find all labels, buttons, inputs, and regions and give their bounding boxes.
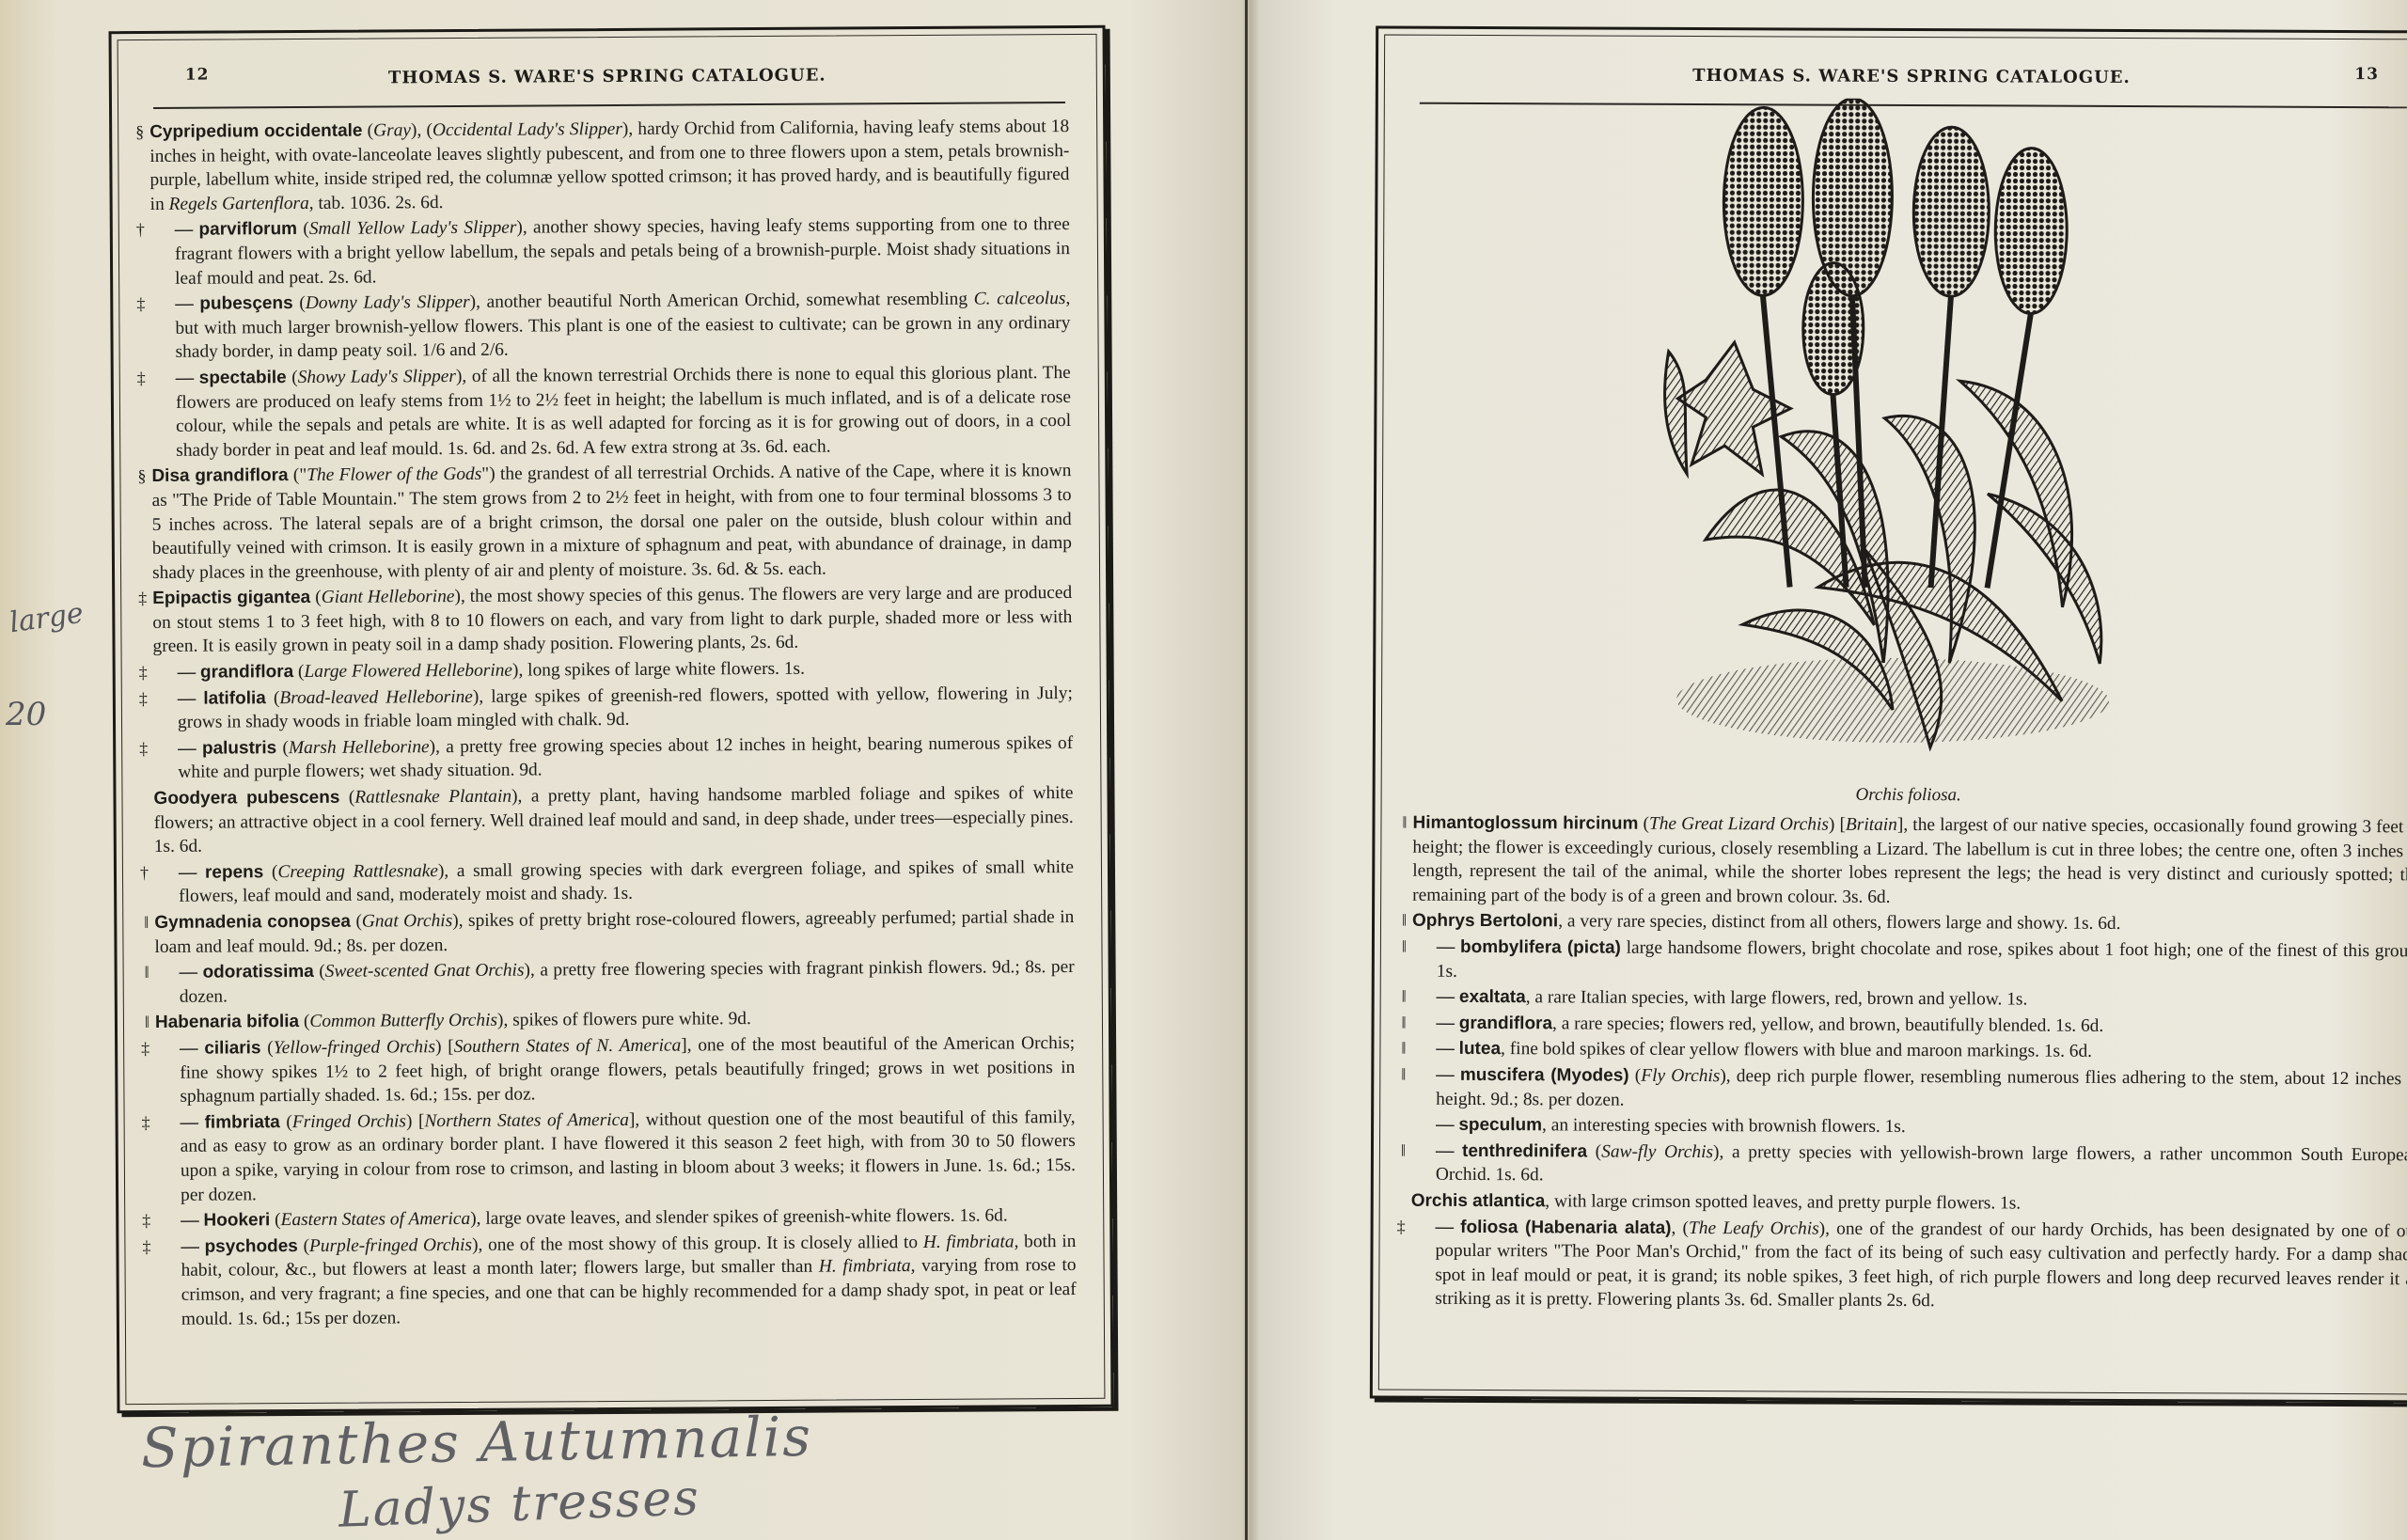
species-name: grandiflora xyxy=(200,662,293,683)
entry-text: ( xyxy=(362,121,373,141)
availability-mark: ‖ xyxy=(1385,1139,1406,1163)
availability-mark: ‡ xyxy=(130,1111,150,1136)
italic-text: Large Flowered Helleborine xyxy=(304,661,512,682)
catalogue-entry: †— repens (Creeping Rattlesnake), a smal… xyxy=(154,856,1074,909)
italic-text: Gray xyxy=(373,120,411,140)
italic-text: Eastern States of America xyxy=(280,1209,470,1230)
italic-text: Rattlesnake Plantain xyxy=(354,787,511,808)
entry-text: ( xyxy=(293,662,304,682)
entry-text: ( xyxy=(298,1236,309,1256)
entry-text: ), another beautiful North American Orch… xyxy=(470,290,974,312)
species-name: odoratissima xyxy=(202,962,313,982)
page-number: 13 xyxy=(2354,65,2379,84)
ditto-dash: — xyxy=(1437,937,1460,957)
entry-text: ) [ xyxy=(1829,815,1846,835)
availability-mark: ‖ xyxy=(129,961,149,985)
book-gutter xyxy=(1245,0,1248,1540)
species-name: psychodes xyxy=(204,1236,297,1257)
italic-text: Purple-fringed Orchis xyxy=(309,1235,472,1256)
italic-text: Southern States of N. America xyxy=(454,1036,682,1057)
left-page: large 20 12 THOMAS S. WARE'S SPRING CATA… xyxy=(0,0,1245,1540)
ditto-dash: — xyxy=(176,369,199,388)
catalogue-entry: ‖Himantoglossum hircinum (The Great Liza… xyxy=(1412,811,2407,912)
entry-text: ), large ovate leaves, and slender spike… xyxy=(470,1206,1008,1229)
catalogue-entries: ‖Himantoglossum hircinum (The Great Liza… xyxy=(1410,811,2407,1318)
species-name: Cypripedium occidentale xyxy=(149,121,362,142)
species-name: parviflorum xyxy=(198,219,297,240)
catalogue-entry: ‡— fimbriata (Fringed Orchis) [Northern … xyxy=(156,1106,1077,1207)
entry-text: ( xyxy=(276,738,289,758)
italic-text: Creeping Rattlesnake xyxy=(277,861,438,882)
italic-text: Gnat Orchis xyxy=(362,911,452,932)
entry-text: ( xyxy=(260,1038,273,1058)
italic-text: The Leafy Orchis xyxy=(1689,1218,1819,1238)
entry-text: ), ( xyxy=(411,120,433,140)
catalogue-title: THOMAS S. WARE'S SPRING CATALOGUE. xyxy=(388,65,826,87)
species-name: palustris xyxy=(202,738,276,758)
availability-mark: ‖ xyxy=(1386,811,1407,836)
entry-text: ), long spikes of large white flowers. 1… xyxy=(512,659,805,681)
entry-text: ( xyxy=(287,368,298,387)
italic-text: Broad-leaved Helleborine xyxy=(279,687,473,708)
catalogue-entry: §Disa grandiflora ("The Flower of the Go… xyxy=(151,459,1072,585)
catalogue-entry: ‖— tenthredinifera (Saw-fly Orchis), a p… xyxy=(1411,1139,2407,1191)
catalogue-entry: Orchis atlantica, with large crimson spo… xyxy=(1411,1189,2407,1218)
catalogue-entry: ‖— bombylifera (picta) large handsome fl… xyxy=(1412,935,2407,988)
species-name: Ophrys Bertoloni xyxy=(1412,911,1558,932)
italic-text: Common Butterfly Orchis xyxy=(309,1011,497,1031)
italic-text: Regels Gartenflora xyxy=(169,194,309,214)
ditto-dash: — xyxy=(1437,1014,1459,1033)
availability-mark: † xyxy=(124,218,145,243)
availability-mark: § xyxy=(123,120,144,145)
catalogue-entry: ‡— pubesçens (Downy Lady's Slipper), ano… xyxy=(150,287,1070,365)
availability-mark: ‖ xyxy=(1386,1011,1407,1035)
entry-text: ( xyxy=(1629,1066,1642,1086)
catalogue-entry: ‡— latifolia (Broad-leaved Helleborine),… xyxy=(153,682,1073,735)
margin-note-pencil: 20 xyxy=(6,696,46,733)
catalogue-entry: ‡— Hookeri (Eastern States of America), … xyxy=(156,1203,1076,1234)
availability-mark: ‡ xyxy=(127,687,148,712)
availability-mark: ‡ xyxy=(126,587,147,611)
ditto-dash: — xyxy=(180,963,203,982)
italic-text: Downy Lady's Slipper xyxy=(306,292,470,313)
species-name: bombylifera (picta) xyxy=(1460,937,1621,958)
catalogue-entries: §Cypripedium occidentale (Gray), (Occide… xyxy=(149,115,1077,1333)
ditto-dash: — xyxy=(179,862,205,882)
entry-text: , a rare species; flowers red, yellow, a… xyxy=(1552,1014,2103,1036)
entry-text: , ( xyxy=(1671,1218,1689,1237)
catalogue-entry: ‡— foliosa (Habenaria alata), (The Leafy… xyxy=(1410,1215,2407,1315)
species-name: Habenaria bifolia xyxy=(155,1012,299,1032)
page-number: 12 xyxy=(185,66,210,85)
orchid-engraving-illustration xyxy=(1648,98,2121,758)
species-name: latifolia xyxy=(203,688,266,708)
italic-text: H. fimbriata xyxy=(819,1256,911,1277)
species-name: Disa grandiflora xyxy=(151,465,288,486)
ditto-dash: — xyxy=(1436,1217,1461,1236)
entry-text: ( xyxy=(297,219,309,239)
entry-text: ) [ xyxy=(435,1037,454,1057)
entry-text: ( xyxy=(280,1112,292,1132)
italic-text: Northern States of America xyxy=(424,1110,629,1131)
species-name: fimbriata xyxy=(205,1112,280,1132)
entry-text: ( xyxy=(314,962,325,982)
italic-text: Yellow-fringed Orchis xyxy=(274,1037,435,1058)
entry-text: ( xyxy=(310,588,322,607)
catalogue-entry: ‖Ophrys Bertoloni, a very rare species, … xyxy=(1412,909,2407,937)
species-name: foliosa (Habenaria alata) xyxy=(1460,1217,1671,1237)
availability-mark: ‡ xyxy=(127,737,148,762)
entry-text: ( xyxy=(1587,1141,1601,1161)
italic-text: Showy Lady's Slipper xyxy=(298,367,456,387)
species-name: repens xyxy=(205,862,263,882)
catalogue-entry: ‖Gymnadenia conopsea (Gnat Orchis), spik… xyxy=(154,905,1074,959)
availability-mark: ‡ xyxy=(1385,1215,1406,1239)
entry-text: , an interesting species with brownish f… xyxy=(1542,1115,1906,1137)
ditto-dash: — xyxy=(1436,1039,1458,1059)
italic-text: The Great Lizard Orchis xyxy=(1649,814,1829,835)
entry-text: ), one of the most showy of this group. … xyxy=(472,1233,923,1255)
entry-text: , with large crimson spotted leaves, and… xyxy=(1545,1191,2021,1213)
ditto-dash: — xyxy=(1436,1115,1458,1135)
species-name: Hookeri xyxy=(203,1210,270,1230)
catalogue-entry: ‖— exaltata, a rare Italian species, wit… xyxy=(1412,985,2407,1014)
species-name: muscifera (Myodes) xyxy=(1460,1065,1629,1086)
species-name: Goodyera pubescens xyxy=(153,788,339,809)
ditto-dash: — xyxy=(181,1236,204,1256)
ditto-dash: — xyxy=(1436,1141,1462,1161)
catalogue-entry: ‖— lutea, fine bold spikes of clear yell… xyxy=(1411,1037,2407,1065)
left-page-border: 12 THOMAS S. WARE'S SPRING CATALOGUE. §C… xyxy=(109,25,1114,1413)
availability-mark: ‡ xyxy=(127,661,148,685)
catalogue-entry: ‡— ciliaris (Yellow-fringed Orchis) [Sou… xyxy=(155,1031,1075,1109)
catalogue-entry: ‖— grandiflora, a rare species; flowers … xyxy=(1412,1011,2407,1039)
availability-mark: ‖ xyxy=(1385,1037,1406,1061)
entry-text: ( xyxy=(270,1210,280,1230)
italic-text: Marsh Helleborine xyxy=(289,737,430,758)
orchid-plant-icon xyxy=(1648,98,2121,758)
ditto-dash: — xyxy=(175,220,199,240)
entry-text: , fine bold spikes of clear yellow flowe… xyxy=(1501,1039,2092,1061)
italic-text: Sweet-scented Gnat Orchis xyxy=(325,961,525,982)
italic-text: The Flower of the Gods xyxy=(307,464,481,485)
catalogue-entry: ‡Epipactis gigantea (Giant Helleborine),… xyxy=(152,581,1072,659)
italic-text: Occidental Lady's Slipper xyxy=(433,119,622,140)
margin-note-pencil: large xyxy=(8,597,86,640)
species-name: ciliaris xyxy=(204,1038,260,1058)
catalogue-entry: ‡— spectabile (Showy Lady's Slipper), of… xyxy=(151,361,1072,463)
catalogue-entry: — speculum, an interesting species with … xyxy=(1411,1113,2407,1141)
species-name: grandiflora xyxy=(1459,1014,1552,1033)
species-name: exaltata xyxy=(1459,987,1526,1007)
italic-text: Giant Helleborine xyxy=(322,587,455,607)
entry-text: , a very rare species, distinct from all… xyxy=(1558,912,2120,935)
open-catalogue-spread: large 20 12 THOMAS S. WARE'S SPRING CATA… xyxy=(0,0,2407,1540)
catalogue-entry: ‖Habenaria bifolia (Common Butterfly Orc… xyxy=(155,1005,1075,1035)
availability-mark: § xyxy=(125,464,146,489)
availability-mark: ‖ xyxy=(1386,985,1407,1010)
entry-text: ( xyxy=(263,862,277,882)
running-head: 12 THOMAS S. WARE'S SPRING CATALOGUE. xyxy=(140,55,1075,98)
species-name: Himantoglossum hircinum xyxy=(1412,813,1638,834)
availability-mark: ‖ xyxy=(128,911,149,935)
availability-mark: ‖ xyxy=(1386,935,1407,960)
handwritten-note: Spiranthes Autumnalis xyxy=(140,1405,812,1480)
running-head: THOMAS S. WARE'S SPRING CATALOGUE. 13 xyxy=(1407,55,2407,98)
ditto-dash: — xyxy=(1436,1065,1460,1085)
italic-text: Britain xyxy=(1846,815,1897,835)
species-name: lutea xyxy=(1459,1039,1501,1059)
availability-mark: ‡ xyxy=(130,1209,150,1234)
catalogue-entry: §Cypripedium occidentale (Gray), (Occide… xyxy=(149,115,1070,216)
entry-text: ( xyxy=(351,912,362,932)
entry-text: ( xyxy=(1638,814,1649,834)
availability-mark: ‡ xyxy=(130,1235,150,1260)
italic-text: C. calceolus xyxy=(974,289,1066,309)
availability-mark: ‖ xyxy=(1385,1063,1406,1088)
catalogue-entry: ‖— muscifera (Myodes) (Fly Orchis), deep… xyxy=(1411,1063,2407,1116)
right-page: THOMAS S. WARE'S SPRING CATALOGUE. 13 xyxy=(1249,0,2407,1540)
entry-text: ) [ xyxy=(406,1111,425,1131)
entry-text: ( xyxy=(339,788,354,808)
catalogue-entry: ‡— psychodes (Purple-fringed Orchis), on… xyxy=(156,1230,1077,1331)
ditto-dash: — xyxy=(181,1211,203,1231)
italic-text: H. fimbriata xyxy=(923,1232,1015,1252)
catalogue-entry: †— parviflorum (Small Yellow Lady's Slip… xyxy=(150,212,1070,291)
species-name: pubesçens xyxy=(199,293,292,314)
italic-text: Small Yellow Lady's Slipper xyxy=(309,218,517,239)
availability-mark: ‡ xyxy=(124,292,145,317)
entry-text: (" xyxy=(288,465,307,485)
right-page-border: THOMAS S. WARE'S SPRING CATALOGUE. 13 xyxy=(1370,26,2407,1404)
entry-text: ), spikes of flowers pure white. 9d. xyxy=(497,1009,751,1030)
species-name: speculum xyxy=(1458,1115,1542,1135)
species-name: Orchis atlantica xyxy=(1411,1191,1546,1212)
availability-mark: ‖ xyxy=(129,1011,149,1035)
ditto-dash: — xyxy=(1437,987,1459,1007)
entry-text: , tab. 1036. 2s. 6d. xyxy=(309,193,444,213)
catalogue-entry: Goodyera pubescens (Rattlesnake Plantain… xyxy=(153,781,1073,859)
italic-text: Fringed Orchis xyxy=(292,1111,406,1132)
availability-mark: ‖ xyxy=(1386,909,1407,934)
entry-text: , a rare Italian species, with large flo… xyxy=(1526,987,2028,1009)
ditto-dash: — xyxy=(178,739,202,759)
species-name: Gymnadenia conopsea xyxy=(154,912,351,933)
ditto-dash: — xyxy=(175,294,199,314)
ditto-dash: — xyxy=(178,688,204,708)
ditto-dash: — xyxy=(178,663,200,683)
ditto-dash: — xyxy=(180,1039,204,1059)
catalogue-title: THOMAS S. WARE'S SPRING CATALOGUE. xyxy=(1692,65,2131,86)
catalogue-entry: ‡— palustris (Marsh Helleborine), a pret… xyxy=(153,731,1073,785)
catalogue-entry: ‖— odoratissima (Sweet-scented Gnat Orch… xyxy=(155,955,1075,1009)
ditto-dash: — xyxy=(181,1112,205,1132)
italic-text: Saw-fly Orchis xyxy=(1601,1141,1713,1162)
entry-text: ( xyxy=(293,293,306,313)
catalogue-entry: ‡— grandiflora (Large Flowered Hellebori… xyxy=(153,655,1073,685)
italic-text: Fly Orchis xyxy=(1641,1066,1720,1086)
species-name: spectabile xyxy=(199,368,287,388)
entry-text: ( xyxy=(266,688,280,708)
availability-mark: ‡ xyxy=(125,367,146,391)
entry-text: ( xyxy=(299,1012,309,1031)
species-name: Epipactis gigantea xyxy=(152,588,310,608)
species-name: tenthredinifera xyxy=(1462,1141,1587,1162)
availability-mark: ‡ xyxy=(129,1037,149,1061)
availability-mark: † xyxy=(128,861,149,886)
handwritten-note: Ladys tresses xyxy=(338,1469,701,1538)
